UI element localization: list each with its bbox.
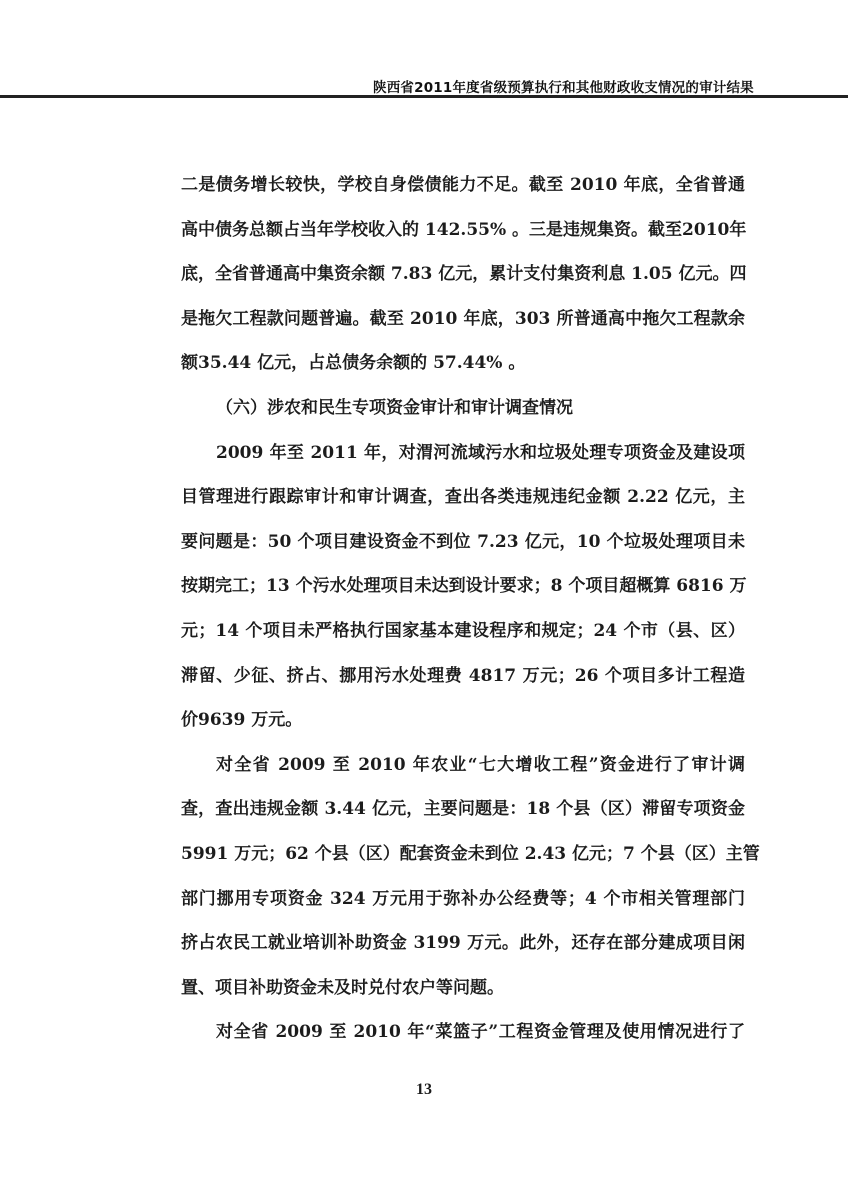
paragraph-line: 要问题是：50 个项目建设资金不到位 7.23 亿元，10 个垃圾处理项目未 — [181, 527, 745, 572]
paragraph-line: 查，查出违规金额 3.44 亿元，主要问题是：18 个县（区）滞留专项资金 — [181, 794, 745, 839]
paragraph-line: 5991 万元；62 个县（区）配套资金未到位 2.43 亿元；7 个县（区）主… — [181, 839, 745, 884]
header-rule — [0, 95, 848, 98]
paragraph-line: 滞留、少征、挤占、挪用污水处理费 4817 万元；26 个项目多计工程造 — [181, 661, 745, 706]
body-text: 二是债务增长较快，学校自身偿债能力不足。截至 2010 年底，全省普通 高中债务… — [181, 170, 745, 1062]
paragraph-line: 置、项目补助资金未及时兑付农户等问题。 — [181, 973, 745, 1018]
running-header: 陕西省2011年度省级预算执行和其他财政收支情况的审计结果 — [0, 0, 848, 100]
paragraph-line: 挤占农民工就业培训补助资金 3199 万元。此外，还存在部分建成项目闲 — [181, 928, 745, 973]
paragraph-line: 价9639 万元。 — [181, 705, 745, 750]
page-number: 13 — [0, 1081, 848, 1099]
paragraph-line: 底，全省普通高中集资余额 7.83 亿元，累计支付集资利息 1.05 亿元。四 — [181, 259, 745, 304]
section-heading: （六）涉农和民生专项资金审计和审计调查情况 — [181, 393, 745, 438]
paragraph-line: 额35.44 亿元，占总债务余额的 57.44% 。 — [181, 348, 745, 393]
paragraph-line: 元；14 个项目未严格执行国家基本建设程序和规定；24 个市（县、区） — [181, 616, 745, 661]
paragraph-line: 二是债务增长较快，学校自身偿债能力不足。截至 2010 年底，全省普通 — [181, 170, 745, 215]
paragraph-line: 是拖欠工程款问题普遍。截至 2010 年底，303 所普通高中拖欠工程款余 — [181, 304, 745, 349]
paragraph-line: 部门挪用专项资金 324 万元用于弥补办公经费等；4 个市相关管理部门 — [181, 884, 745, 929]
paragraph-line: 对全省 2009 至 2010 年农业“七大增收工程”资金进行了审计调 — [181, 750, 745, 795]
paragraph-line: 高中债务总额占当年学校收入的 142.55% 。三是违规集资。截至2010年 — [181, 215, 745, 260]
paragraph-line: 对全省 2009 至 2010 年“菜篮子”工程资金管理及使用情况进行了 — [181, 1017, 745, 1062]
document-title: 陕西省2011年度省级预算执行和其他财政收支情况的审计结果 — [373, 76, 783, 96]
paragraph-line: 目管理进行跟踪审计和审计调查，查出各类违规违纪金额 2.22 亿元，主 — [181, 482, 745, 527]
paragraph-line: 2009 年至 2011 年，对渭河流域污水和垃圾处理专项资金及建设项 — [181, 438, 745, 483]
paragraph-line: 按期完工；13 个污水处理项目未达到设计要求；8 个项目超概算 6816 万 — [181, 571, 745, 616]
